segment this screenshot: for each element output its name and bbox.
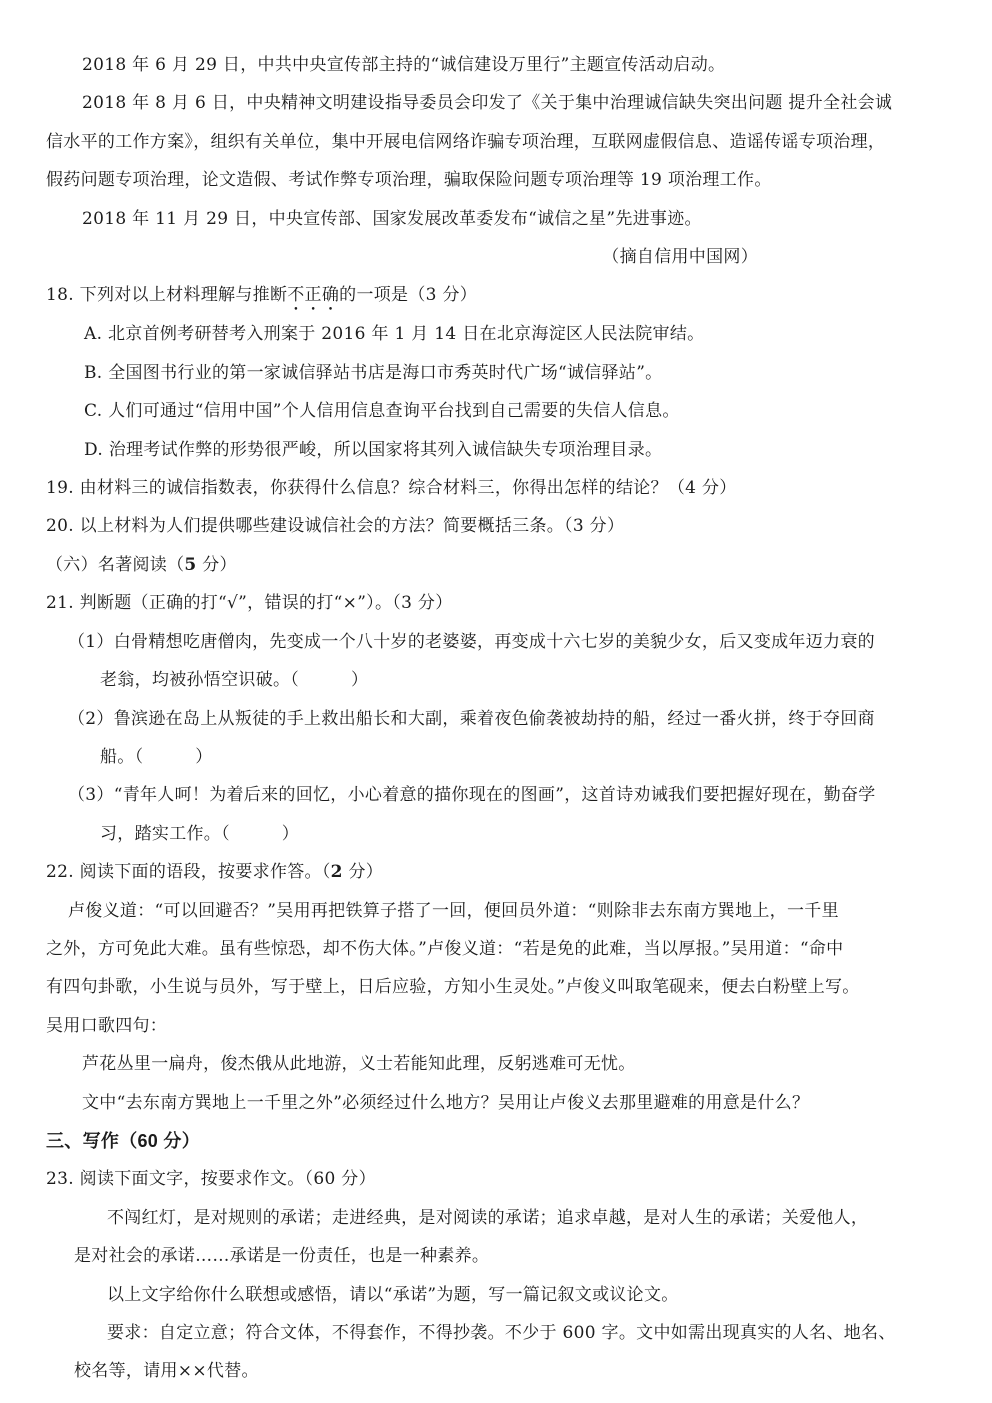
text-segment: C. 人们可通过“信用中国”个人信用信息查询平台找到自己需要的失信人信息。 [84, 401, 680, 421]
text-line: （1）白骨精想吃唐僧肉，先变成一个八十岁的老婆婆，再变成十六七岁的美貌少女，后又… [46, 623, 972, 661]
text-segment: 船。（ ） [100, 747, 213, 767]
text-segment: 校名等，请用××代替。 [74, 1361, 259, 1381]
text-segment: （六）名著阅读（ [46, 555, 184, 575]
text-line: 有四句卦歌，小生说与员外，写于壁上，日后应验，方知小生灵处。”卢俊义叫取笔砚来，… [46, 968, 972, 1006]
text-line: 18. 下列对以上材料理解与推断不正确的一项是（3 分） [46, 276, 972, 315]
text-line: 要求：自定立意；符合文体，不得套作，不得抄袭。不少于 600 字。文中如需出现真… [46, 1314, 972, 1352]
text-segment: 21. 判断题（正确的打“√”，错误的打“×”）。（3 分） [46, 593, 453, 613]
text-line: 三、写作（60 分） [46, 1122, 972, 1160]
text-segment: （1）白骨精想吃唐僧肉，先变成一个八十岁的老婆婆，再变成十六七岁的美貌少女，后又… [68, 632, 875, 652]
emphasis-text: 不正确 [287, 285, 339, 305]
text-line: 习，踏实工作。（ ） [46, 815, 972, 853]
text-line: B. 全国图书行业的第一家诚信驿站书店是海口市秀英时代广场“诚信驿站”。 [46, 354, 972, 392]
text-line: A. 北京首例考研替考入刑案于 2016 年 1 月 14 日在北京海淀区人民法… [46, 315, 972, 353]
text-line: 23. 阅读下面文字，按要求作文。（60 分） [46, 1160, 972, 1198]
text-segment: B. 全国图书行业的第一家诚信驿站书店是海口市秀英时代广场“诚信驿站”。 [84, 363, 662, 383]
text-segment: 吴用口歌四句： [46, 1016, 167, 1036]
text-segment: 老翁，均被孙悟空识破。（ ） [100, 670, 368, 690]
text-line: 之外，方可免此大难。虽有些惊恐，却不伤大体。”卢俊义道：“若是免的此难，当以厚报… [46, 930, 972, 968]
text-segment: 要求：自定立意；符合文体，不得套作，不得抄袭。不少于 600 字。文中如需出现真… [107, 1323, 896, 1343]
text-line: 假药问题专项治理，论文造假、考试作弊专项治理，骗取保险问题专项治理等 19 项治… [46, 161, 972, 199]
text-segment: 20. 以上材料为人们提供哪些建设诚信社会的方法？简要概括三条。（3 分） [46, 516, 624, 536]
text-segment: 分） [343, 862, 383, 882]
text-segment: 23. 阅读下面文字，按要求作文。（60 分） [46, 1169, 376, 1189]
text-line: 芦花丛里一扁舟，俊杰俄从此地游，义士若能知此理，反躬逃难可无忧。 [46, 1045, 972, 1083]
text-segment: 信水平的工作方案》，组织有关单位，集中开展电信网络诈骗专项治理，互联网虚假信息、… [46, 132, 885, 152]
text-segment: 卢俊义道：“可以回避否？”吴用再把铁算子搭了一回，便回员外道：“则除非去东南方巽… [68, 901, 839, 921]
text-segment: 18. 下列对以上材料理解与推断 [46, 285, 287, 305]
text-line: 19. 由材料三的诚信指数表，你获得什么信息？综合材料三，你得出怎样的结论？（4… [46, 469, 972, 507]
text-segment: （摘自信用中国网） [602, 247, 758, 267]
text-segment: 以上文字给你什么联想或感悟，请以“承诺”为题，写一篇记叙文或议论文。 [107, 1285, 679, 1305]
text-line: C. 人们可通过“信用中国”个人信用信息查询平台找到自己需要的失信人信息。 [46, 392, 972, 430]
text-line: 2018 年 6 月 29 日，中共中央宣传部主持的“诚信建设万里行”主题宣传活… [46, 46, 972, 84]
text-line: （六）名著阅读（5 分） [46, 546, 972, 584]
text-line: 2018 年 11 月 29 日，中央宣传部、国家发展改革委发布“诚信之星”先进… [46, 200, 972, 238]
text-segment: 不闯红灯，是对规则的承诺；走进经典，是对阅读的承诺；追求卓越，是对人生的承诺；关… [107, 1208, 868, 1228]
text-segment: 习，踏实工作。（ ） [100, 824, 299, 844]
text-segment: 之外，方可免此大难。虽有些惊恐，却不伤大体。”卢俊义道：“若是免的此难，当以厚报… [46, 939, 843, 959]
text-line: 是对社会的承诺……承诺是一份责任，也是一种素养。 [46, 1237, 972, 1275]
text-line: 以上文字给你什么联想或感悟，请以“承诺”为题，写一篇记叙文或议论文。 [46, 1276, 972, 1314]
text-line: 22. 阅读下面的语段，按要求作答。（2 分） [46, 853, 972, 891]
text-segment: 2018 年 6 月 29 日，中共中央宣传部主持的“诚信建设万里行”主题宣传活… [82, 55, 725, 75]
text-segment: 的一项是（3 分） [339, 285, 477, 305]
text-segment: 三、写作（60 分） [46, 1131, 200, 1151]
text-segment: 2018 年 11 月 29 日，中央宣传部、国家发展改革委发布“诚信之星”先进… [82, 209, 702, 229]
text-line: 20. 以上材料为人们提供哪些建设诚信社会的方法？简要概括三条。（3 分） [46, 507, 972, 545]
text-line: （2）鲁滨逊在岛上从叛徒的手上救出船长和大副，乘着夜色偷袭被劫持的船，经过一番火… [46, 700, 972, 738]
text-segment: 有四句卦歌，小生说与员外，写于壁上，日后应验，方知小生灵处。”卢俊义叫取笔砚来，… [46, 977, 860, 997]
text-line: （3）“青年人呵！为着后来的回忆，小心着意的描你现在的图画”，这首诗劝诫我们要把… [46, 776, 972, 814]
text-segment: 是对社会的承诺……承诺是一份责任，也是一种素养。 [74, 1246, 489, 1266]
text-line: 校名等，请用××代替。 [46, 1352, 972, 1390]
text-line: 老翁，均被孙悟空识破。（ ） [46, 661, 972, 699]
text-segment: 22. 阅读下面的语段，按要求作答。（ [46, 862, 331, 882]
text-segment: A. 北京首例考研替考入刑案于 2016 年 1 月 14 日在北京海淀区人民法… [84, 324, 704, 344]
text-line: 21. 判断题（正确的打“√”，错误的打“×”）。（3 分） [46, 584, 972, 622]
text-segment: 文中“去东南方巽地上一千里之外”必须经过什么地方？吴用让卢俊义去那里避难的用意是… [82, 1093, 809, 1113]
text-line: 不闯红灯，是对规则的承诺；走进经典，是对阅读的承诺；追求卓越，是对人生的承诺；关… [46, 1199, 972, 1237]
text-segment: 19. 由材料三的诚信指数表，你获得什么信息？综合材料三，你得出怎样的结论？（4… [46, 478, 737, 498]
text-line: 吴用口歌四句： [46, 1007, 972, 1045]
text-segment: 分） [197, 555, 237, 575]
text-line: 信水平的工作方案》，组织有关单位，集中开展电信网络诈骗专项治理，互联网虚假信息、… [46, 123, 972, 161]
text-segment: 5 [184, 555, 196, 575]
text-line: D. 治理考试作弊的形势很严峻，所以国家将其列入诚信缺失专项治理目录。 [46, 431, 972, 469]
text-segment: D. 治理考试作弊的形势很严峻，所以国家将其列入诚信缺失专项治理目录。 [84, 440, 662, 460]
text-segment: 假药问题专项治理，论文造假、考试作弊专项治理，骗取保险问题专项治理等 19 项治… [46, 170, 772, 190]
text-line: 卢俊义道：“可以回避否？”吴用再把铁算子搭了一回，便回员外道：“则除非去东南方巽… [46, 892, 972, 930]
text-segment: 芦花丛里一扁舟，俊杰俄从此地游，义士若能知此理，反躬逃难可无忧。 [82, 1054, 636, 1074]
text-line: 文中“去东南方巽地上一千里之外”必须经过什么地方？吴用让卢俊义去那里避难的用意是… [46, 1084, 972, 1122]
text-segment: 2 [331, 862, 343, 882]
text-line: 2018 年 8 月 6 日，中央精神文明建设指导委员会印发了《关于集中治理诚信… [46, 84, 972, 122]
text-line: （摘自信用中国网） [46, 238, 972, 276]
text-segment: （2）鲁滨逊在岛上从叛徒的手上救出船长和大副，乘着夜色偷袭被劫持的船，经过一番火… [68, 709, 875, 729]
exam-document: 2018 年 6 月 29 日，中共中央宣传部主持的“诚信建设万里行”主题宣传活… [0, 0, 992, 1403]
text-segment: 2018 年 8 月 6 日，中央精神文明建设指导委员会印发了《关于集中治理诚信… [82, 93, 892, 113]
text-segment: （3）“青年人呵！为着后来的回忆，小心着意的描你现在的图画”，这首诗劝诫我们要把… [68, 785, 876, 805]
text-line: 船。（ ） [46, 738, 972, 776]
